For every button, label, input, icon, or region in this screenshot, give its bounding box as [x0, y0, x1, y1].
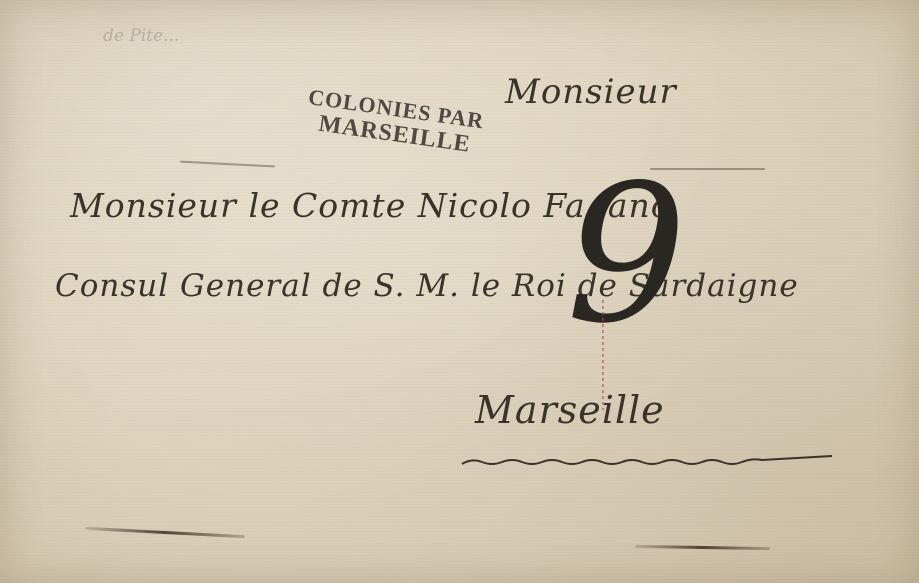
address-salutation: Monsieur — [505, 72, 677, 112]
fold-tear — [85, 527, 245, 538]
fold-tear — [635, 545, 770, 550]
sender-note: de Pite... — [103, 26, 179, 46]
letter-cover: de Pite... COLONIES PAR MARSEILLE Monsie… — [0, 0, 919, 583]
ink-flourish — [180, 161, 275, 168]
wavy-underline — [460, 448, 840, 472]
address-line-2: Consul General de S. M. le Roi de Sardai… — [55, 268, 799, 304]
rate-marking: 9 — [566, 160, 687, 350]
postmark-handstamp: COLONIES PAR MARSEILLE — [303, 86, 485, 158]
address-city: Marseille — [475, 388, 665, 432]
